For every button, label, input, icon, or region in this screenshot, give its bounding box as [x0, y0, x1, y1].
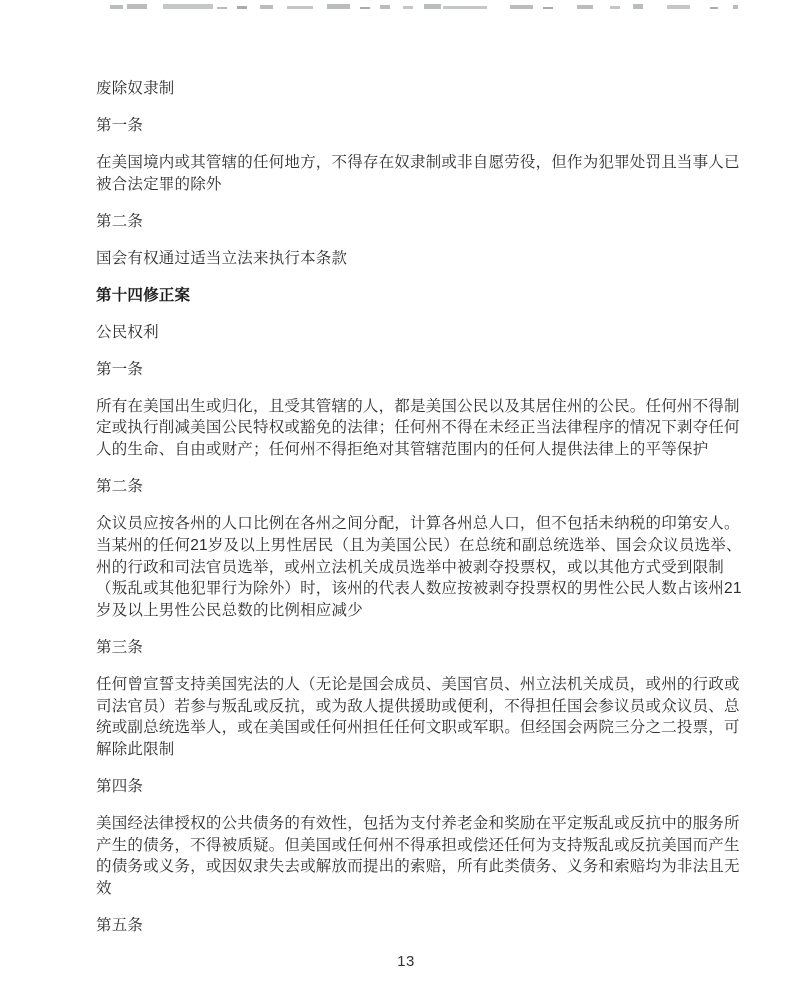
page-footer: 13	[0, 953, 812, 970]
section-label: 第二条	[96, 476, 752, 498]
section-label: 第三条	[96, 637, 752, 659]
paragraph: 美国经法律授权的公共债务的有效性，包括为支付养老金和奖励在平定叛乱或反抗中的服务…	[96, 813, 752, 900]
section-label: 第五条	[96, 915, 752, 937]
section-subtitle: 废除奴隶制	[96, 78, 752, 100]
document-page: 废除奴隶制 第一条 在美国境内或其管辖的任何地方，不得存在奴隶制或非自愿劳役，但…	[0, 0, 812, 1000]
paragraph: 国会有权通过适当立法来执行本条款	[96, 248, 752, 270]
paragraph: 任何曾宣誓支持美国宪法的人（无论是国会成员、美国官员、州立法机关成员，或州的行政…	[96, 674, 752, 761]
section-label: 第四条	[96, 776, 752, 798]
paragraph: 众议员应按各州的人口比例在各州之间分配，计算各州总人口，但不包括未纳税的印第安人…	[96, 513, 752, 622]
section-subtitle: 公民权利	[96, 322, 752, 344]
paragraph: 所有在美国出生或归化，且受其管辖的人，都是美国公民以及其居住州的公民。任何州不得…	[96, 396, 752, 461]
section-label: 第一条	[96, 115, 752, 137]
section-label: 第二条	[96, 211, 752, 233]
paragraph: 在美国境内或其管辖的任何地方，不得存在奴隶制或非自愿劳役，但作为犯罪处罚且当事人…	[96, 152, 752, 195]
amendment-heading: 第十四修正案	[96, 285, 752, 307]
page-number: 13	[397, 953, 415, 970]
section-label: 第一条	[96, 359, 752, 381]
content-column: 废除奴隶制 第一条 在美国境内或其管辖的任何地方，不得存在奴隶制或非自愿劳役，但…	[96, 0, 752, 952]
